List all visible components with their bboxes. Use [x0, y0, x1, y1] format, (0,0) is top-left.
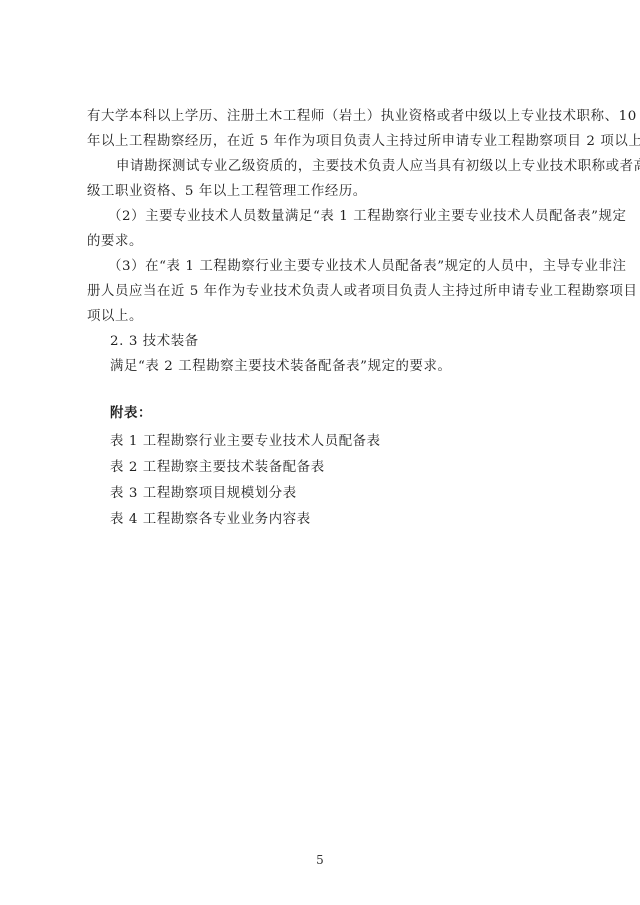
- body-text-line: 满足“表 2 工程勘察主要技术装备配备表”规定的要求。: [110, 358, 452, 376]
- body-text-line: 级工职业资格、5 年以上工程管理工作经历。: [87, 183, 367, 201]
- appendix-item: 表 1 工程勘察行业主要专业技术人员配备表: [110, 433, 381, 451]
- page-number: 5: [0, 853, 640, 867]
- document-page: 有大学本科以上学历、注册土木工程师（岩土）执业资格或者中级以上专业技术职称、10…: [0, 0, 640, 905]
- body-text-line: 年以上工程勘察经历，在近 5 年作为项目负责人主持过所申请专业工程勘察项目 2 …: [87, 133, 640, 151]
- section-heading: 2. 3 技术装备: [110, 333, 199, 351]
- appendix-heading: 附表：: [110, 404, 152, 422]
- appendix-item: 表 3 工程勘察项目规模划分表: [110, 485, 297, 503]
- appendix-item: 表 4 工程勘察各专业业务内容表: [110, 511, 311, 529]
- body-text-line: 的要求。: [87, 233, 143, 251]
- body-text-line: 项以上。: [87, 308, 143, 326]
- body-text-line: 册人员应当在近 5 年作为专业技术负责人或者项目负责人主持过所申请专业工程勘察项…: [87, 283, 640, 301]
- body-text-line: 申请勘探测试专业乙级资质的，主要技术负责人应当具有初级以上专业技术职称或者高: [116, 158, 640, 176]
- body-text-line: （3）在“表 1 工程勘察行业主要专业技术人员配备表”规定的人员中，主导专业非注: [108, 258, 627, 276]
- appendix-item: 表 2 工程勘察主要技术装备配备表: [110, 459, 325, 477]
- body-text-line: （2）主要专业技术人员数量满足“表 1 工程勘察行业主要专业技术人员配备表”规定: [108, 208, 627, 226]
- body-text-line: 有大学本科以上学历、注册土木工程师（岩土）执业资格或者中级以上专业技术职称、10: [87, 108, 637, 126]
